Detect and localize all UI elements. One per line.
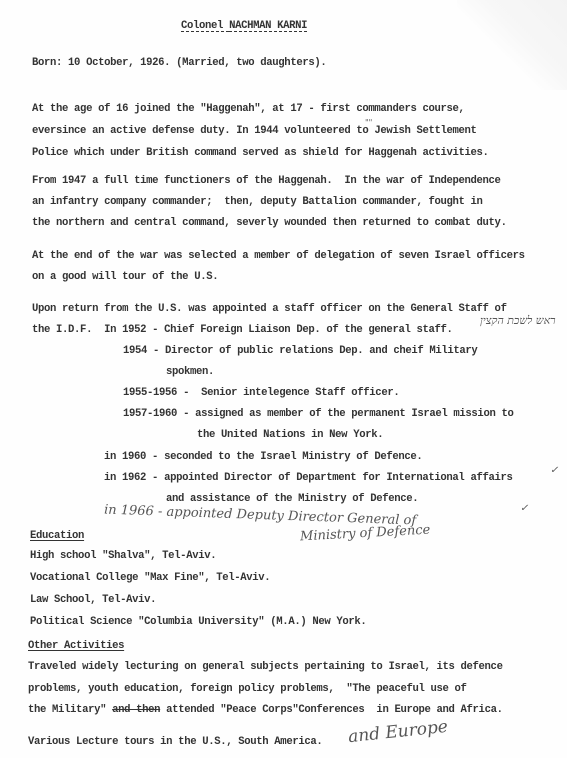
title-rank: Colonel [181,20,229,32]
para-2-line-1: From 1947 a full time functioners of the… [32,175,501,187]
para-3-line-2: on a good will tour of the U.S. [32,271,218,283]
para-1-line-3: Police which under British command serve… [32,147,489,159]
education-item: High school "Shalva", Tel-Aviv. [30,550,216,562]
title-name: NACHMAN KARNI [229,20,307,32]
document-title: Colonel NACHMAN KARNI [181,20,307,32]
handwritten-1966-line-2: Ministry of Defence [300,523,431,545]
education-item: Political Science "Columbia University" … [30,616,366,628]
career-1957: 1957-1960 - assigned as member of the pe… [123,408,513,420]
other-line-3-a: the Military" [28,704,112,716]
career-1955: 1955-1956 - Senior intelegence Staff off… [123,387,399,399]
other-activities-heading: Other Activities [28,640,124,652]
handwritten-1966-line-1: in 1966 - appointed Deputy Director Gene… [104,503,417,529]
education-item: Law School, Tel-Aviv. [30,594,156,606]
handwritten-hebrew-margin: ראש לשכת הקצין [480,314,556,327]
para-2-line-3: the northern and central command, severl… [32,217,507,229]
education-heading: Education [30,530,84,542]
career-1960: in 1960 - seconded to the Israel Ministr… [104,451,422,463]
other-line-3-b: attended "Peace Corps"Conferences in Eur… [160,704,502,716]
struck-text: and then [112,704,160,716]
career-1954-cont: spokmen. [166,366,214,378]
other-line-1: Traveled widely lecturing on general sub… [28,661,503,673]
born-line: Born: 10 October, 1926. (Married, two da… [32,57,326,69]
career-1962: in 1962 - appointed Director of Departme… [104,472,513,484]
handwritten-europe-addition: and Europe [347,717,449,747]
other-line-3: the Military" and then attended "Peace C… [28,704,503,716]
other-line-2: problems, youth education, foreign polic… [28,683,467,695]
document-page: Colonel NACHMAN KARNI Born: 10 October, … [0,0,567,758]
page-fold-shadow [457,0,567,90]
para-4-line-2: the I.D.F. In 1952 - Chief Foreign Liais… [32,324,453,336]
handwritten-insert-mark: "" [365,118,372,127]
career-1954: 1954 - Director of public relations Dep.… [123,345,477,357]
handwritten-check-2: ✓ [520,503,528,514]
para-3-line-1: At the end of the war was selected a mem… [32,250,525,262]
career-1957-cont: the United Nations in New York. [197,429,383,441]
career-1962-cont: and assistance of the Ministry of Defenc… [166,493,418,505]
para-1-line-2: eversince an active defense duty. In 194… [32,125,477,137]
handwritten-check-1: ✓ [550,465,558,476]
para-2-line-2: an infantry company commander; then, dep… [32,196,483,208]
para-4-line-1: Upon return from the U.S. was appointed … [32,303,507,315]
para-1-line-1: At the age of 16 joined the "Haggenah", … [32,103,465,115]
lecture-tours-line: Various Lecture tours in the U.S., South… [28,736,322,748]
education-item: Vocational College "Max Fine", Tel-Aviv. [30,572,270,584]
